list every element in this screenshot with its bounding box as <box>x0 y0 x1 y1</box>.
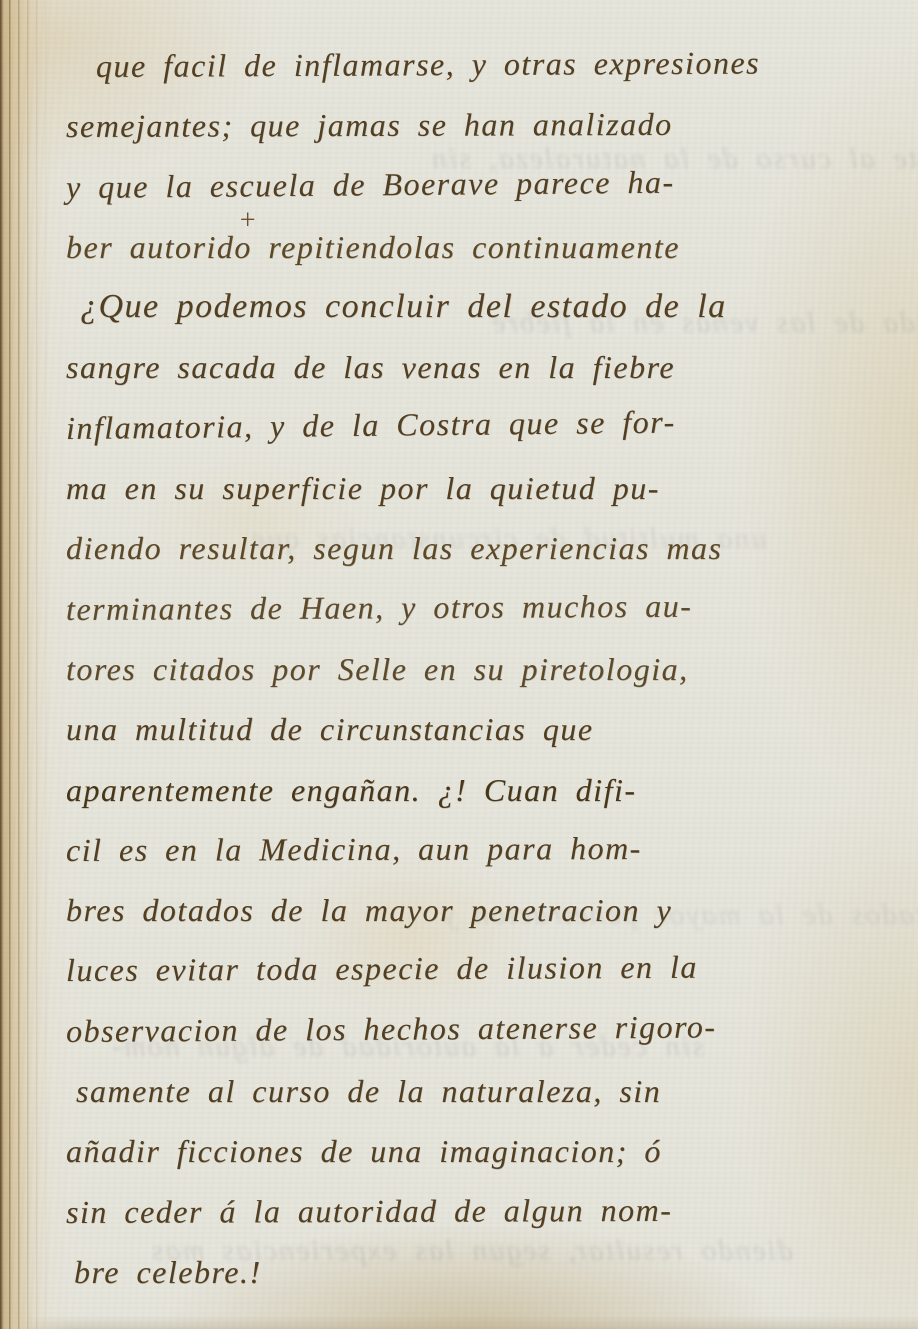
handwritten-line: y que la escuela de Boerave parece ha- <box>66 149 898 217</box>
handwritten-line: sangre sacada de las venas en la fiebre <box>66 337 898 397</box>
handwritten-line: terminantes de Haen, y otros muchos au- <box>66 574 898 639</box>
handwritten-line: diendo resultar, segun las experiencias … <box>66 518 898 578</box>
handwritten-line: cil es en la Medicina, aun para hom- <box>66 817 898 880</box>
handwritten-line: tores citados por Selle en su piretologi… <box>66 639 898 699</box>
handwritten-line: sin ceder á la autoridad de algun nom- <box>66 1179 898 1242</box>
handwritten-line: inflamatoria, y de la Costra que se for- <box>66 389 899 458</box>
insertion-mark: + <box>238 205 257 237</box>
handwritten-line: aparentemente engañan. ¿! Cuan difi- <box>66 760 898 820</box>
handwritten-line: ber autorido repitiendolas continuamente <box>66 217 898 277</box>
handwritten-line: que facil de inflamarse, y otras expresi… <box>96 32 898 96</box>
handwritten-line: bres dotados de la mayor penetracion y <box>66 880 898 940</box>
handwritten-line: bre celebre.! <box>74 1242 898 1302</box>
handwritten-line: observacion de los hechos atenerse rigor… <box>66 995 898 1061</box>
manuscript-page: samente al curso de la naturaleza, sin s… <box>0 0 918 1329</box>
handwritten-line: semejantes; que jamas se han analizado <box>66 93 898 156</box>
handwritten-line: añadir ficciones de una imaginacion; ó <box>66 1121 898 1181</box>
handwritten-line: ma en su superficie por la quietud pu- <box>66 458 898 518</box>
handwritten-line: luces evitar toda especie de ilusion en … <box>66 936 898 1001</box>
handwritten-text-block: que facil de inflamarse, y otras expresi… <box>0 0 918 1329</box>
handwritten-line: samente al curso de la naturaleza, sin <box>76 1061 898 1121</box>
handwritten-line: una multitud de circunstancias que <box>66 699 898 759</box>
handwritten-line: ¿Que podemos concluir del estado de la <box>80 277 898 337</box>
